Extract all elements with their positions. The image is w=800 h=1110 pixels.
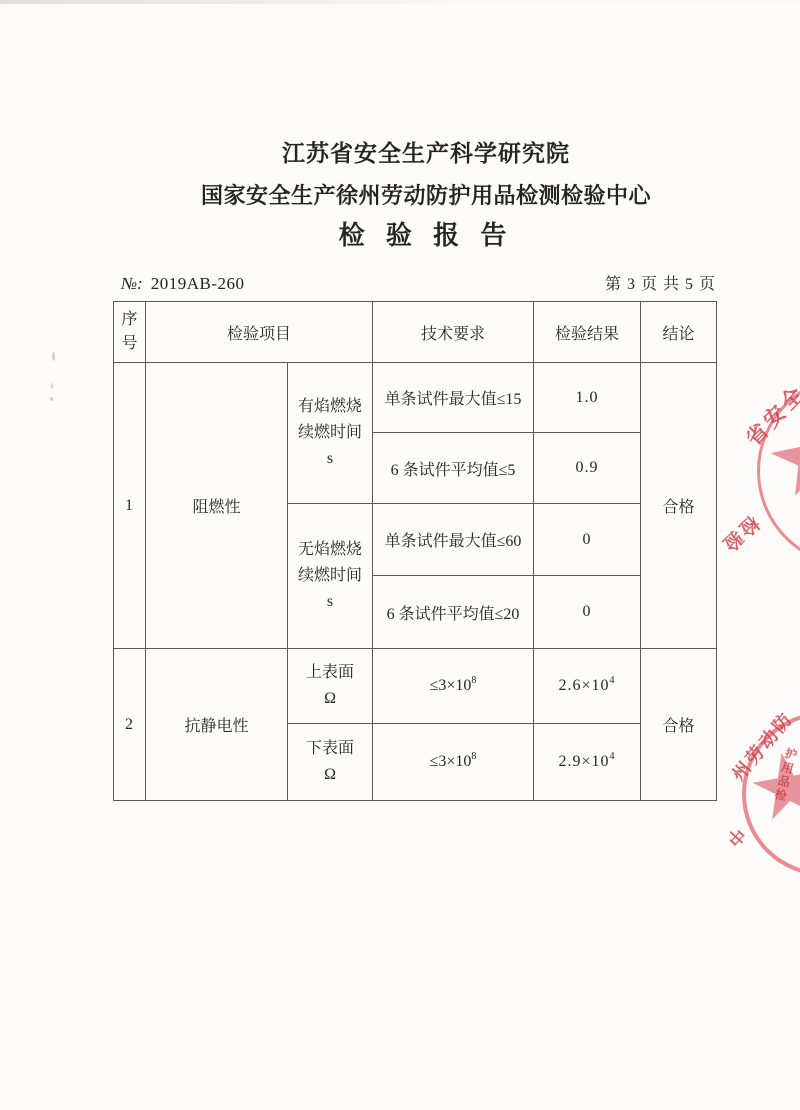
scan-speck	[52, 352, 55, 361]
cell-result: 0	[534, 504, 641, 576]
cell-seq: 2	[114, 649, 146, 801]
cell-requirement: 6 条试件平均值≤5	[373, 433, 534, 504]
header-item: 检验项目	[146, 302, 373, 363]
cell-requirement: ≤3×108	[373, 724, 534, 801]
cell-requirement: ≤3×108	[373, 649, 534, 724]
cell-result: 0.9	[534, 433, 641, 504]
cell-subitem: 有焰燃烧 续燃时间 s	[288, 363, 373, 504]
report-number-value: 2019AB-260	[151, 274, 245, 293]
cell-result: 2.9×104	[534, 724, 641, 801]
report-title: 检 验 报 告	[120, 218, 732, 252]
org-name-line1: 江苏省安全生产科学研究院	[120, 138, 732, 168]
cell-requirement: 6 条试件平均值≤20	[373, 576, 534, 649]
scan-speck	[50, 397, 53, 401]
header-conclusion: 结论	[641, 302, 717, 363]
cell-seq: 1	[114, 363, 146, 649]
cell-result: 1.0	[534, 363, 641, 433]
table-header-row: 序号 检验项目 技术要求 检验结果 结论	[114, 302, 717, 363]
cell-result: 2.6×104	[534, 649, 641, 724]
cell-item: 阻燃性	[146, 363, 288, 649]
cell-requirement: 单条试件最大值≤60	[373, 504, 534, 576]
scan-edge-artifact	[0, 0, 800, 4]
table-row: 2 抗静电性 上表面 Ω ≤3×108 2.6×104 合格	[114, 649, 717, 724]
cell-item: 抗静电性	[146, 649, 288, 801]
org-name-line2: 国家安全生产徐州劳动防护用品检测检验中心	[120, 181, 732, 211]
report-number: №:2019AB-260	[113, 274, 244, 294]
header-requirement: 技术要求	[373, 302, 534, 363]
page-indicator: 第 3 页 共 5 页	[605, 271, 716, 294]
cell-conclusion: 合格	[641, 649, 717, 801]
header-seq: 序号	[114, 302, 146, 363]
stamp-arc-text: 检验	[715, 510, 766, 560]
cell-subitem: 无焰燃烧 续燃时间 s	[288, 504, 373, 649]
report-page: 江苏省安全生产科学研究院 国家安全生产徐州劳动防护用品检测检验中心 检 验 报 …	[0, 0, 800, 1110]
scan-speck	[51, 383, 53, 389]
cell-result: 0	[534, 576, 641, 649]
report-number-label: №:	[121, 274, 143, 293]
header-result: 检验结果	[534, 302, 641, 363]
stamp-arc-text: 中	[722, 823, 752, 852]
report-header: 江苏省安全生产科学研究院 国家安全生产徐州劳动防护用品检测检验中心 检 验 报 …	[120, 138, 732, 252]
results-table: 序号 检验项目 技术要求 检验结果 结论 1 阻燃性 有焰燃烧 续燃时间 s 单…	[113, 301, 717, 801]
cell-subitem: 上表面 Ω	[288, 649, 373, 724]
table-row: 1 阻燃性 有焰燃烧 续燃时间 s 单条试件最大值≤15 1.0 合格	[114, 363, 717, 433]
meta-row: №:2019AB-260 第 3 页 共 5 页	[113, 271, 716, 294]
cell-requirement: 单条试件最大值≤15	[373, 363, 534, 433]
cell-conclusion: 合格	[641, 363, 717, 649]
cell-subitem: 下表面 Ω	[288, 724, 373, 801]
